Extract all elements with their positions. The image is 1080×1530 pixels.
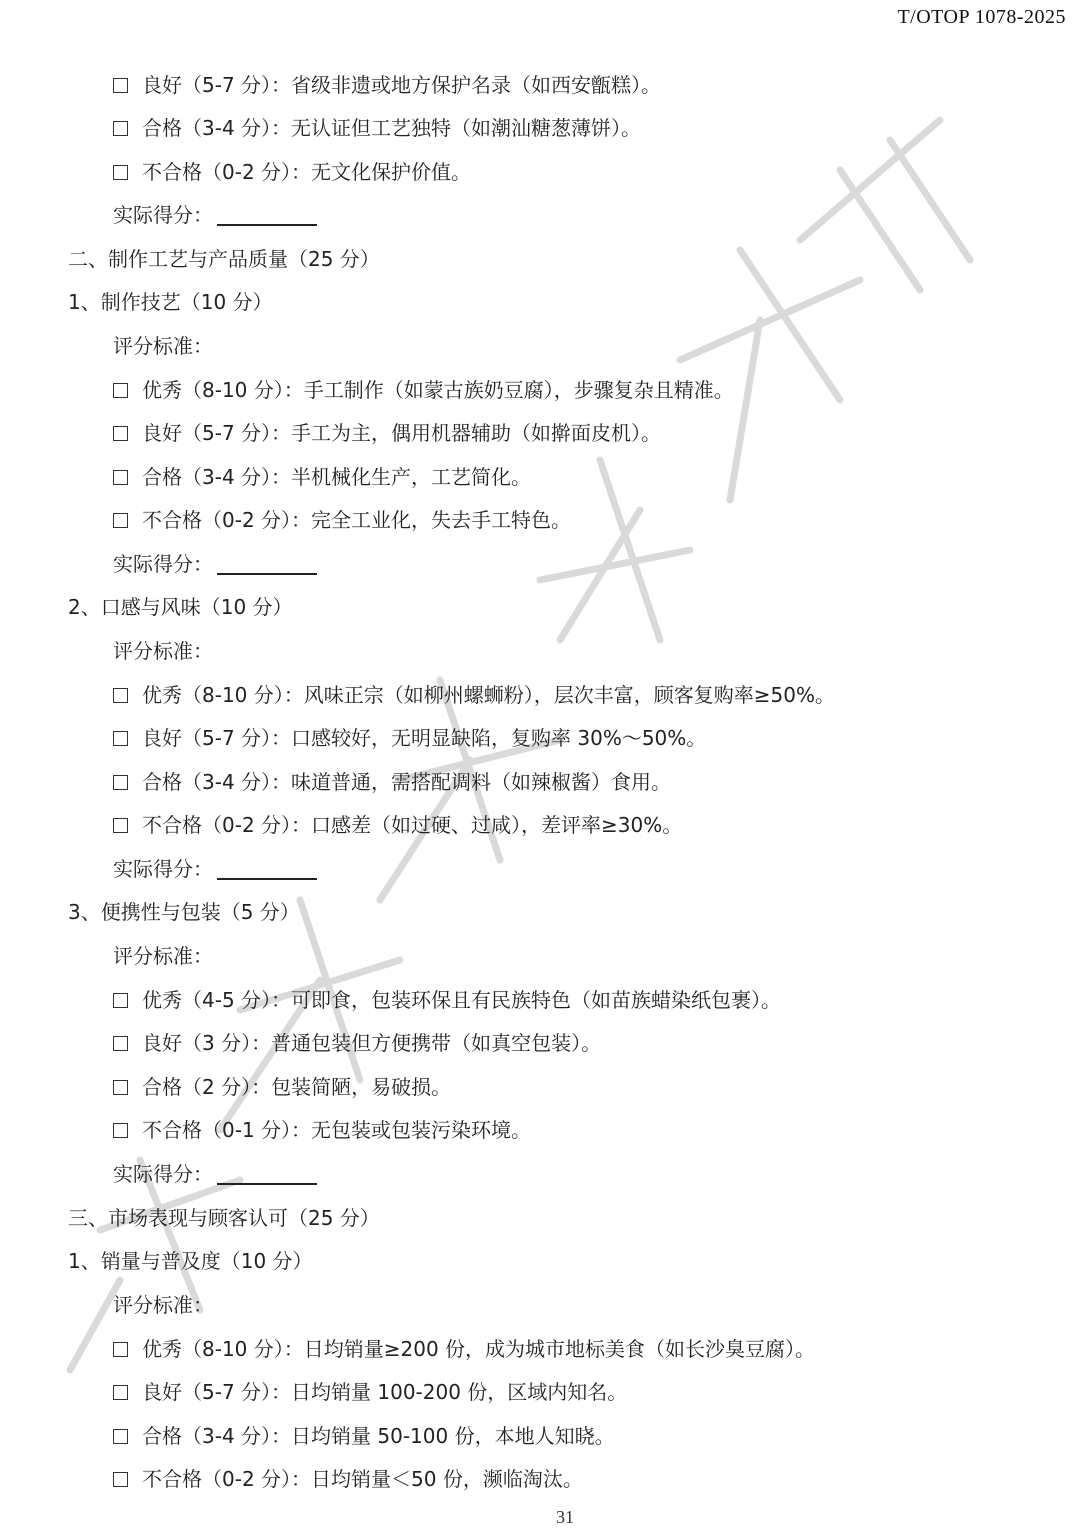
- score-input-blank[interactable]: [217, 858, 317, 880]
- score-option: 优秀（8-10 分）：手工制作（如蒙古族奶豆腐），步骤复杂且精准。: [113, 377, 734, 403]
- option-text: 不合格（0-2 分）：口感差（如过硬、过咸），差评率≥30%。: [142, 813, 682, 837]
- actual-score-row: 实际得分：: [113, 551, 317, 577]
- score-option: 合格（3-4 分）：半机械化生产，工艺简化。: [113, 464, 531, 490]
- checkbox-icon[interactable]: [113, 426, 128, 441]
- checkbox-icon[interactable]: [113, 470, 128, 485]
- option-text: 不合格（0-1 分）：无包装或包装污染环境。: [142, 1118, 531, 1142]
- score-option: 合格（2 分）：包装简陋，易破损。: [113, 1074, 451, 1100]
- document-code: T/OTOP 1078-2025: [897, 6, 1066, 29]
- option-text: 优秀（4-5 分）：可即食，包装环保且有民族特色（如苗族蜡染纸包裹）。: [142, 988, 781, 1012]
- criteria-label: 评分标准：: [113, 1292, 213, 1318]
- option-text: 合格（3-4 分）：味道普通，需搭配调料（如辣椒酱）食用。: [142, 770, 671, 794]
- score-option: 优秀（8-10 分）：日均销量≥200 份，成为城市地标美食（如长沙臭豆腐）。: [113, 1336, 815, 1362]
- option-text: 良好（5-7 分）：口感较好，无明显缺陷，复购率 30%～50%。: [142, 726, 706, 750]
- checkbox-icon[interactable]: [113, 775, 128, 790]
- score-option: 不合格（0-2 分）：无文化保护价值。: [113, 159, 471, 185]
- criteria-label: 评分标准：: [113, 943, 213, 969]
- score-option: 合格（3-4 分）：味道普通，需搭配调料（如辣椒酱）食用。: [113, 769, 671, 795]
- subsection-heading: 3、便携性与包装（5 分）: [68, 899, 300, 925]
- criteria-label: 评分标准：: [113, 333, 213, 359]
- checkbox-icon[interactable]: [113, 1080, 128, 1095]
- checkbox-icon[interactable]: [113, 383, 128, 398]
- option-text: 合格（3-4 分）：日均销量 50-100 份，本地人知晓。: [142, 1424, 615, 1448]
- actual-score-label: 实际得分：: [113, 1162, 213, 1186]
- checkbox-icon[interactable]: [113, 731, 128, 746]
- option-text: 优秀（8-10 分）：风味正宗（如柳州螺蛳粉），层次丰富，顾客复购率≥50%。: [142, 683, 835, 707]
- page-number: 31: [0, 1507, 1080, 1528]
- option-text: 合格（3-4 分）：半机械化生产，工艺简化。: [142, 465, 531, 489]
- score-input-blank[interactable]: [217, 553, 317, 575]
- actual-score-label: 实际得分：: [113, 552, 213, 576]
- actual-score-row: 实际得分：: [113, 202, 317, 228]
- score-option: 良好（5-7 分）：手工为主，偶用机器辅助（如擀面皮机）。: [113, 420, 661, 446]
- score-option: 不合格（0-2 分）：日均销量＜50 份，濒临淘汰。: [113, 1466, 583, 1492]
- actual-score-row: 实际得分：: [113, 1161, 317, 1187]
- checkbox-icon[interactable]: [113, 1342, 128, 1357]
- actual-score-label: 实际得分：: [113, 857, 213, 881]
- score-option: 优秀（8-10 分）：风味正宗（如柳州螺蛳粉），层次丰富，顾客复购率≥50%。: [113, 682, 835, 708]
- score-option: 不合格（0-2 分）：口感差（如过硬、过咸），差评率≥30%。: [113, 812, 682, 838]
- checkbox-icon[interactable]: [113, 1429, 128, 1444]
- actual-score-label: 实际得分：: [113, 203, 213, 227]
- score-input-blank[interactable]: [217, 204, 317, 226]
- option-text: 优秀（8-10 分）：日均销量≥200 份，成为城市地标美食（如长沙臭豆腐）。: [142, 1337, 815, 1361]
- section-heading: 三、市场表现与顾客认可（25 分）: [68, 1205, 380, 1231]
- option-text: 良好（3 分）：普通包装但方便携带（如真空包装）。: [142, 1031, 601, 1055]
- subsection-heading: 2、口感与风味（10 分）: [68, 594, 293, 620]
- option-text: 合格（2 分）：包装简陋，易破损。: [142, 1075, 451, 1099]
- score-option: 良好（5-7 分）：日均销量 100-200 份，区域内知名。: [113, 1379, 627, 1405]
- section-heading: 二、制作工艺与产品质量（25 分）: [68, 246, 380, 272]
- score-input-blank[interactable]: [217, 1163, 317, 1185]
- option-text: 优秀（8-10 分）：手工制作（如蒙古族奶豆腐），步骤复杂且精准。: [142, 378, 734, 402]
- option-text: 不合格（0-2 分）：日均销量＜50 份，濒临淘汰。: [142, 1467, 583, 1491]
- checkbox-icon[interactable]: [113, 1123, 128, 1138]
- checkbox-icon[interactable]: [113, 513, 128, 528]
- score-option: 不合格（0-1 分）：无包装或包装污染环境。: [113, 1117, 531, 1143]
- checkbox-icon[interactable]: [113, 1472, 128, 1487]
- option-text: 不合格（0-2 分）：完全工业化，失去手工特色。: [142, 508, 571, 532]
- subsection-heading: 1、销量与普及度（10 分）: [68, 1248, 313, 1274]
- option-text: 不合格（0-2 分）：无文化保护价值。: [142, 160, 471, 184]
- checkbox-icon[interactable]: [113, 165, 128, 180]
- option-text: 良好（5-7 分）：日均销量 100-200 份，区域内知名。: [142, 1380, 627, 1404]
- checkbox-icon[interactable]: [113, 1385, 128, 1400]
- checkbox-icon[interactable]: [113, 78, 128, 93]
- score-option: 良好（5-7 分）：省级非遗或地方保护名录（如西安甑糕）。: [113, 72, 661, 98]
- actual-score-row: 实际得分：: [113, 856, 317, 882]
- score-option: 优秀（4-5 分）：可即食，包装环保且有民族特色（如苗族蜡染纸包裹）。: [113, 987, 781, 1013]
- checkbox-icon[interactable]: [113, 1036, 128, 1051]
- checkbox-icon[interactable]: [113, 993, 128, 1008]
- option-text: 良好（5-7 分）：省级非遗或地方保护名录（如西安甑糕）。: [142, 73, 661, 97]
- checkbox-icon[interactable]: [113, 121, 128, 136]
- score-option: 良好（5-7 分）：口感较好，无明显缺陷，复购率 30%～50%。: [113, 725, 706, 751]
- option-text: 合格（3-4 分）：无认证但工艺独特（如潮汕糖葱薄饼）。: [142, 116, 641, 140]
- option-text: 良好（5-7 分）：手工为主，偶用机器辅助（如擀面皮机）。: [142, 421, 661, 445]
- checkbox-icon[interactable]: [113, 818, 128, 833]
- score-option: 合格（3-4 分）：日均销量 50-100 份，本地人知晓。: [113, 1423, 615, 1449]
- subsection-heading: 1、制作技艺（10 分）: [68, 289, 273, 315]
- checkbox-icon[interactable]: [113, 688, 128, 703]
- score-option: 良好（3 分）：普通包装但方便携带（如真空包装）。: [113, 1030, 601, 1056]
- criteria-label: 评分标准：: [113, 638, 213, 664]
- score-option: 合格（3-4 分）：无认证但工艺独特（如潮汕糖葱薄饼）。: [113, 115, 641, 141]
- score-option: 不合格（0-2 分）：完全工业化，失去手工特色。: [113, 507, 571, 533]
